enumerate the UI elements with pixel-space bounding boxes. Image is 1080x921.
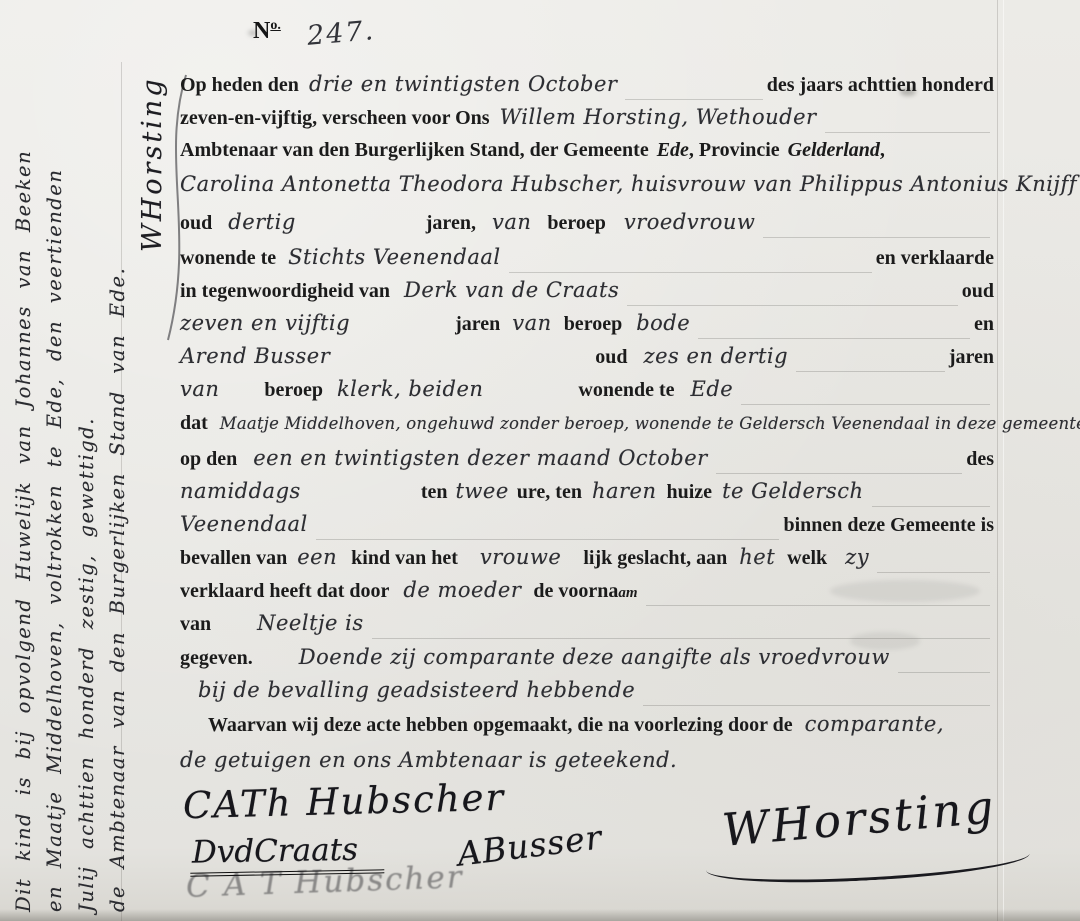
blank-rule — [509, 252, 872, 273]
handwritten-entry: een — [297, 545, 337, 569]
printed-form-text: dat — [180, 412, 208, 435]
printed-form-text: oud — [595, 346, 627, 369]
blank-rule — [796, 351, 945, 372]
blank-rule — [372, 618, 990, 639]
handwritten-entry: zes en dertig — [644, 344, 789, 368]
handwritten-entry: bij de bevalling geadsisteerd hebbende — [198, 678, 635, 702]
blank-rule — [763, 217, 990, 238]
printed-form-text: jaren, — [426, 212, 476, 235]
document-line: wonende teStichts Veenendaalen verklaard… — [180, 245, 994, 279]
handwritten-entry: haren — [592, 479, 657, 503]
printed-form-text: gegeven. — [180, 647, 253, 670]
document-line: vanberoepklerk, beidenwonende teEde — [180, 377, 994, 411]
blank-rule — [627, 285, 958, 306]
handwritten-entry: Doende zij comparante deze aangifte als … — [299, 645, 890, 669]
handwritten-entry: dertig — [228, 210, 296, 234]
printed-form-text: zeven-en-vijftig, verscheen voor Ons — [180, 107, 490, 130]
printed-form-text: in tegenwoordigheid van — [180, 280, 390, 303]
document-line: ouddertigjaren,vanberoepvroedvrouw — [180, 210, 994, 244]
printed-form-text: en verklaarde — [876, 247, 994, 270]
printed-form-text: welk — [787, 547, 827, 570]
blank-rule — [741, 384, 990, 405]
document-line: op deneen en twintigsten dezer maand Oct… — [180, 446, 994, 480]
printed-form-text: beroep — [547, 212, 606, 235]
handwritten-entry: klerk, beiden — [337, 377, 483, 401]
document-line: Veenendaalbinnen deze Gemeente is — [180, 512, 994, 546]
printed-form-text: Ede — [657, 139, 689, 162]
document-line: in tegenwoordigheid vanDerk van de Craat… — [180, 278, 994, 312]
handwritten-entry: vrouwe — [480, 545, 561, 569]
handwritten-entry: vroedvrouw — [624, 210, 755, 234]
blank-rule — [625, 79, 762, 100]
handwritten-entry: Veenendaal — [180, 512, 308, 536]
printed-form-text: , Provincie — [689, 139, 780, 162]
document-line: Arend Busseroudzes en dertigjaren — [180, 344, 994, 378]
handwritten-entry: Stichts Veenendaal — [288, 245, 501, 269]
handwritten-entry: te Geldersch — [722, 479, 863, 503]
handwritten-entry: Derk van de Craats — [404, 278, 619, 302]
printed-form-text: verklaard heeft dat door — [180, 580, 389, 603]
document-line: zeven en vijftigjarenvanberoepbodeen — [180, 311, 994, 345]
handwritten-entry: Carolina Antonetta Theodora Hubscher, hu… — [180, 172, 1077, 196]
document-line: bevallen vaneenkind van hetvrouwelijk ge… — [180, 545, 994, 579]
printed-form-text: wonende te — [578, 379, 674, 402]
printed-form-text: van — [180, 613, 211, 636]
blank-rule — [877, 552, 990, 573]
printed-form-text: beroep — [564, 313, 623, 336]
handwritten-entry: drie en twintigsten October — [309, 72, 618, 96]
printed-form-text: Op heden den — [180, 74, 299, 97]
blank-rule — [872, 486, 991, 507]
handwritten-entry: van — [492, 210, 531, 234]
printed-form-text: ure, ten — [517, 481, 582, 504]
handwritten-entry: Willem Horsting, Wethouder — [500, 105, 817, 129]
printed-form-text: Waarvan wij deze acte hebben opgemaakt, … — [208, 714, 793, 737]
document-line: zeven-en-vijftig, verscheen voor OnsWill… — [180, 105, 994, 139]
printed-form-text: Ambtenaar van den Burgerlijken Stand, de… — [180, 139, 649, 162]
blank-rule — [646, 585, 990, 606]
blank-rule — [698, 318, 970, 339]
act-body: Op heden dendrie en twintigsten Octoberd… — [0, 0, 1080, 921]
blank-rule — [898, 652, 990, 673]
handwritten-entry: twee — [455, 479, 508, 503]
handwritten-entry: bode — [636, 311, 690, 335]
document-line: vanNeeltje is — [180, 611, 994, 645]
document-line: Ambtenaar van den Burgerlijken Stand, de… — [180, 139, 994, 173]
printed-form-text: wonende te — [180, 247, 276, 270]
printed-form-text: kind van het — [351, 547, 458, 570]
printed-form-text: de voorna — [533, 580, 618, 603]
printed-form-text: Gelderland — [788, 139, 880, 162]
signature-hubscher: CATh Hubscher — [182, 776, 505, 827]
document-page: No. 247. Dit kind is bij opvolgend Huwel… — [0, 0, 1080, 921]
printed-form-text: op den — [180, 448, 237, 471]
printed-form-text: des — [966, 448, 994, 471]
handwritten-entry: Maatje Middelhoven, ongehuwd zonder bero… — [220, 414, 1080, 433]
document-line: verklaard heeft dat doorde moederde voor… — [180, 578, 994, 612]
document-line: namiddagstentweeure, tenharenhuizete Gel… — [180, 479, 994, 513]
handwritten-entry: Ede — [691, 377, 734, 401]
blank-rule — [316, 519, 780, 540]
document-line: de getuigen en ons Ambtenaar is geteeken… — [180, 748, 994, 782]
printed-form-text: en — [974, 313, 994, 336]
document-line: bij de bevalling geadsisteerd hebbende — [180, 678, 994, 712]
handwritten-entry: de getuigen en ons Ambtenaar is geteeken… — [180, 748, 677, 772]
printed-form-text: binnen deze Gemeente is — [783, 514, 994, 537]
handwritten-entry: het — [739, 545, 775, 569]
document-line: datMaatje Middelhoven, ongehuwd zonder b… — [180, 412, 994, 446]
printed-form-text: huize — [667, 481, 713, 504]
printed-form-text: des jaars achttien honderd — [767, 74, 994, 97]
handwritten-entry: van — [512, 311, 551, 335]
handwritten-entry: Neeltje is — [257, 611, 364, 635]
handwritten-entry: van — [180, 377, 219, 401]
document-line: gegeven.Doende zij comparante deze aangi… — [180, 645, 994, 679]
handwritten-entry: Arend Busser — [180, 344, 330, 368]
printed-form-text: jaren — [455, 313, 500, 336]
document-line: Carolina Antonetta Theodora Hubscher, hu… — [180, 172, 994, 206]
blank-rule — [643, 685, 990, 706]
handwritten-entry: comparante, — [805, 712, 944, 736]
document-line: Waarvan wij deze acte hebben opgemaakt, … — [180, 712, 1022, 746]
blank-rule — [716, 453, 963, 474]
printed-form-text: ten — [421, 481, 448, 504]
handwritten-entry: namiddags — [180, 479, 301, 503]
handwritten-entry: een en twintigsten dezer maand October — [253, 446, 707, 470]
printed-form-text: bevallen van — [180, 547, 287, 570]
printed-form-text: beroep — [264, 379, 323, 402]
printed-form-text: lijk geslacht, aan — [583, 547, 727, 570]
handwritten-entry: de moeder — [403, 578, 521, 602]
document-line: Op heden dendrie en twintigsten Octoberd… — [180, 72, 994, 106]
printed-form-text: jaren — [949, 346, 994, 369]
handwritten-entry: zeven en vijftig — [180, 311, 350, 335]
printed-form-text: , — [880, 139, 885, 162]
printed-form-text: oud — [962, 280, 994, 303]
printed-form-text: oud — [180, 212, 212, 235]
handwritten-entry: zy — [845, 545, 869, 569]
blank-rule — [825, 112, 990, 133]
printed-form-text: am — [618, 585, 637, 602]
